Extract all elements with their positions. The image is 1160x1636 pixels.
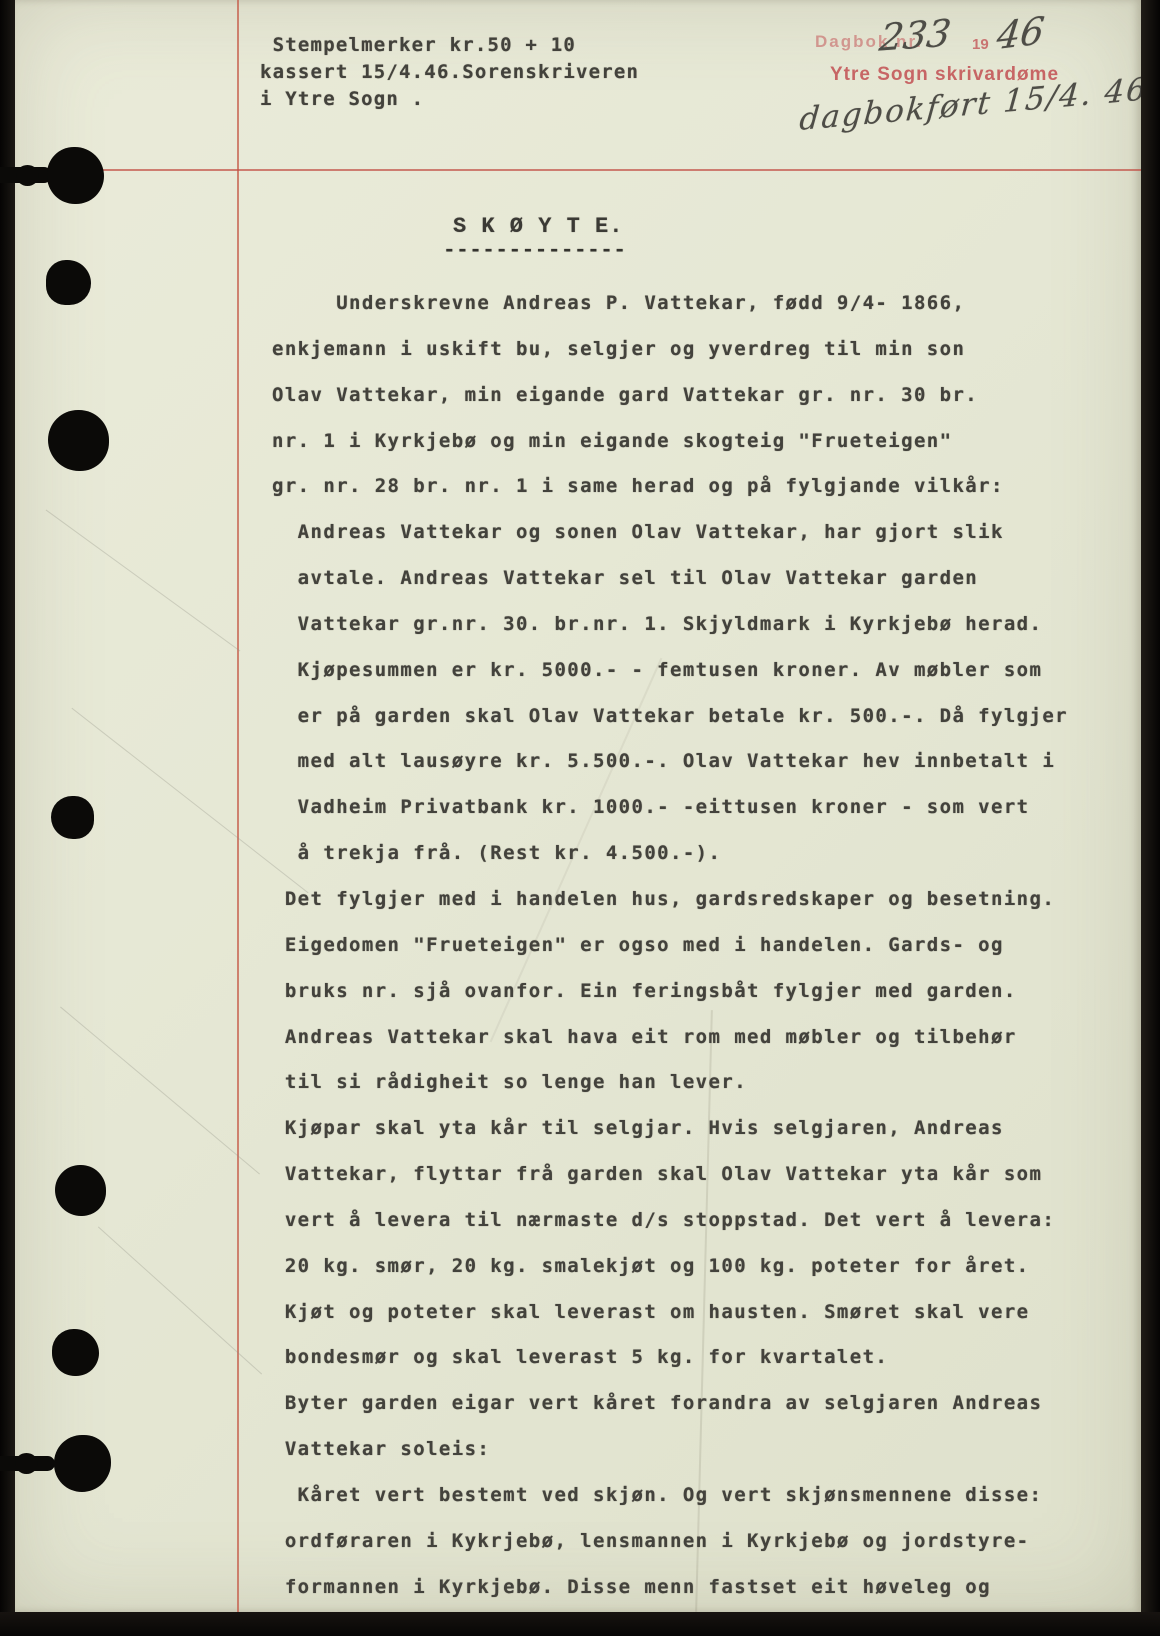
- paper-sheet: Stempelmerker kr.50 + 10 kassert 15/4.46…: [15, 0, 1141, 1612]
- journal-number-handwritten: 233: [877, 11, 954, 59]
- punch-hole: [48, 410, 109, 471]
- binder-stub-bulb: [15, 1453, 38, 1474]
- punch-hole: [54, 1435, 111, 1492]
- punch-hole: [51, 796, 94, 839]
- red-margin-line-vertical: [237, 0, 239, 1612]
- punch-hole: [47, 147, 104, 204]
- stamp-duty-header: Stempelmerker kr.50 + 10 kassert 15/4.46…: [260, 32, 639, 113]
- year-handwritten: 46: [994, 9, 1046, 59]
- title-underline: --------------: [443, 240, 626, 263]
- deed-body-text: Underskrevne Andreas P. Vattekar, fødd 9…: [272, 281, 1068, 1610]
- punch-hole: [55, 1165, 106, 1216]
- scanned-deed-page: Stempelmerker kr.50 + 10 kassert 15/4.46…: [0, 0, 1160, 1636]
- punch-hole: [52, 1329, 99, 1376]
- document-title: S K Ø Y T E.: [453, 214, 623, 239]
- year-prefix-stamp: 19: [972, 36, 989, 53]
- scan-edge-bottom: [0, 1612, 1160, 1636]
- punch-hole: [46, 260, 91, 305]
- red-header-line-horizontal: [15, 169, 1141, 171]
- registry-stamp: Dagbok nr. 233 19 46 Ytre Sogn skrivardø…: [785, 20, 1145, 140]
- scan-edge-left: [0, 0, 15, 1636]
- scratch-mark: [60, 1007, 260, 1175]
- binder-stub-bulb: [16, 165, 39, 186]
- scratch-mark: [46, 510, 241, 652]
- scan-edge-right: [1141, 0, 1160, 1636]
